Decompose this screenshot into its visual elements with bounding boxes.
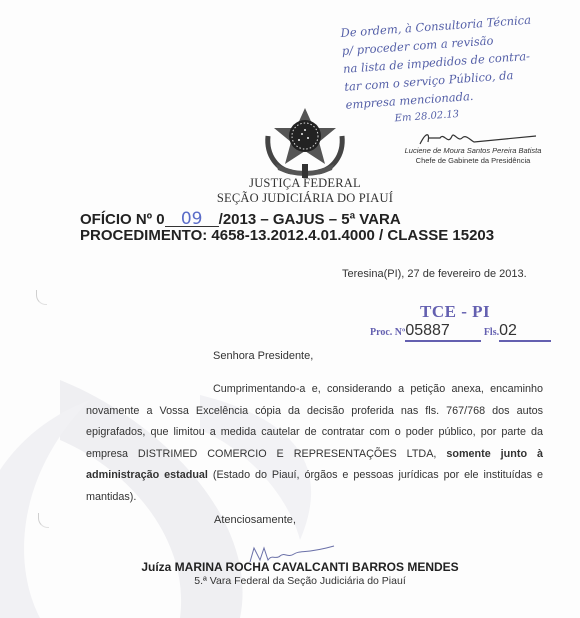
annotation-signer: Luciene de Moura Santos Pereira Batista …: [398, 146, 548, 166]
document-page: De ordem, à Consultoria Técnica p/ proce…: [0, 0, 580, 618]
judge-name: Juíza MARINA ROCHA CAVALCANTI BARROS MEN…: [130, 560, 470, 574]
tce-stamp-title: TCE - PI: [420, 302, 490, 322]
closing: Atenciosamente,: [214, 514, 296, 526]
body-paragraph: Cumprimentando-a e, considerando a petiç…: [86, 379, 543, 508]
proc-number: 05887: [405, 322, 481, 342]
fls-label: Fls.: [484, 327, 499, 338]
annotation-signer-role: Chefe de Gabinete da Presidência: [398, 156, 548, 166]
fls-number: 02: [499, 322, 551, 342]
coat-of-arms-icon: [262, 106, 348, 180]
procedimento-line: PROCEDIMENTO: 4658-13.2012.4.01.4000 / C…: [80, 228, 494, 244]
judge-court: 5.ª Vara Federal da Seção Judiciária do …: [130, 575, 470, 587]
place-and-date: Teresina(PI), 27 de fevereiro de 2013.: [342, 268, 527, 280]
punch-hole-mark: [38, 513, 49, 528]
tce-stamp-fields: Proc. Nº05887 Fls.02: [370, 322, 551, 342]
institution-section: SEÇÃO JUDICIÁRIA DO PIAUÍ: [200, 191, 410, 206]
annotation-signer-name: Luciene de Moura Santos Pereira Batista: [398, 146, 548, 156]
proc-label: Proc. Nº: [370, 327, 405, 338]
oficio-handwritten-number: 09: [165, 212, 219, 227]
salutation: Senhora Presidente,: [213, 350, 313, 362]
oficio-number-line: OFÍCIO Nº 009/2013 – GAJUS – 5ª VARA: [80, 212, 494, 228]
document-header: OFÍCIO Nº 009/2013 – GAJUS – 5ª VARA PRO…: [80, 212, 494, 244]
institution-header: JUSTIÇA FEDERAL SEÇÃO JUDICIÁRIA DO PIAU…: [200, 176, 410, 206]
institution-name: JUSTIÇA FEDERAL: [200, 176, 410, 191]
punch-hole-mark: [36, 290, 47, 305]
handwritten-annotation: De ordem, à Consultoria Técnica p/ proce…: [340, 7, 580, 131]
